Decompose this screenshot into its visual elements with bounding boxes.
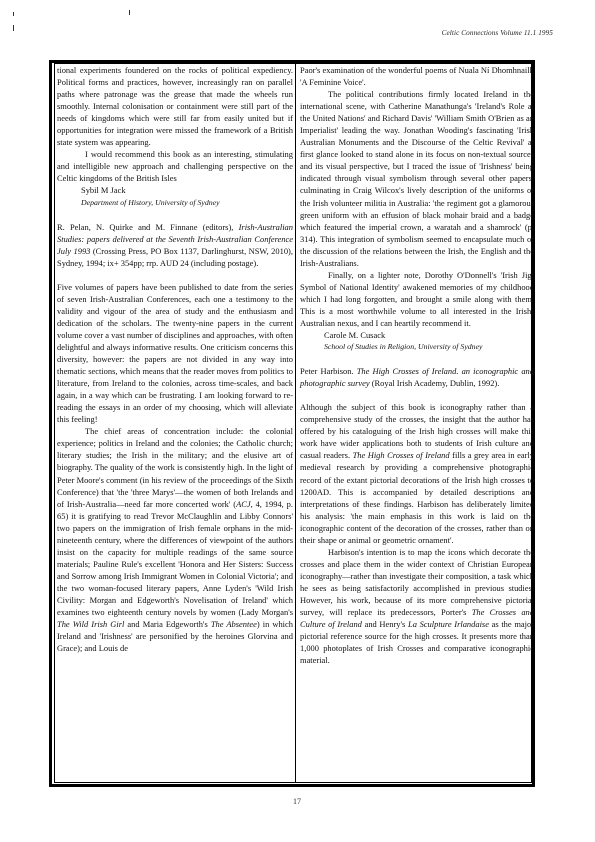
scan-artifact bbox=[13, 25, 14, 31]
citation-authors: R. Pelan, N. Quirke and M. Finnane (edit… bbox=[57, 222, 239, 232]
paragraph: Finally, on a lighter note, Dorothy O'Do… bbox=[300, 269, 534, 329]
text-run-italic: The High Crosses of Ireland bbox=[353, 450, 450, 460]
running-head: Celtic Connections Volume 11.1 1995 bbox=[442, 29, 553, 37]
text-run: The chief areas of concentration include… bbox=[57, 426, 293, 508]
column-divider bbox=[295, 63, 296, 783]
page-number: 17 bbox=[293, 797, 301, 806]
text-run-italic: ACJ bbox=[236, 499, 251, 509]
scan-artifact bbox=[129, 10, 130, 15]
text-run: and Henry's bbox=[362, 619, 408, 629]
reviewer-affiliation: School of Studies in Religion, Universit… bbox=[300, 341, 534, 353]
left-column: tional experiments foundered on the rock… bbox=[57, 64, 293, 654]
paragraph: I would recommend this book as an intere… bbox=[57, 148, 293, 184]
text-run-italic: The Wild Irish Girl bbox=[57, 619, 124, 629]
paragraph: Paor's examination of the wonderful poem… bbox=[300, 64, 534, 88]
text-run-italic: The Absentee bbox=[211, 619, 257, 629]
reviewer-affiliation: Department of History, University of Syd… bbox=[57, 197, 293, 209]
paragraph: Although the subject of this book is ico… bbox=[300, 401, 534, 546]
paragraph: The political contributions firmly locat… bbox=[300, 88, 534, 269]
reviewer-name: Carole M. Cusack bbox=[300, 329, 534, 341]
citation-publisher: (Royal Irish Academy, Dublin, 1992). bbox=[370, 378, 500, 388]
paragraph: tional experiments foundered on the rock… bbox=[57, 64, 293, 148]
paragraph: The chief areas of concentration include… bbox=[57, 425, 293, 654]
scan-artifact bbox=[13, 12, 14, 16]
text-run: and Maria Edgeworth's bbox=[124, 619, 210, 629]
citation-publisher: (Crossing Press, PO Box 1137, Darlinghur… bbox=[57, 246, 293, 268]
text-run-italic: La Sculpture Irlandaise bbox=[408, 619, 489, 629]
paragraph: Harbison's intention is to map the icons… bbox=[300, 546, 534, 666]
right-column: Paor's examination of the wonderful poem… bbox=[300, 64, 534, 666]
paragraph: Five volumes of papers have been publish… bbox=[57, 281, 293, 426]
text-run: fills a grey area in early medieval rese… bbox=[300, 450, 534, 544]
citation-authors: Peter Harbison. bbox=[300, 366, 357, 376]
text-run: , 4, 1994, p. 65) it is gratifying to re… bbox=[57, 499, 293, 617]
book-citation: R. Pelan, N. Quirke and M. Finnane (edit… bbox=[57, 221, 293, 269]
reviewer-name: Sybil M Jack bbox=[57, 184, 293, 196]
book-citation: Peter Harbison. The High Crosses of Irel… bbox=[300, 365, 534, 389]
